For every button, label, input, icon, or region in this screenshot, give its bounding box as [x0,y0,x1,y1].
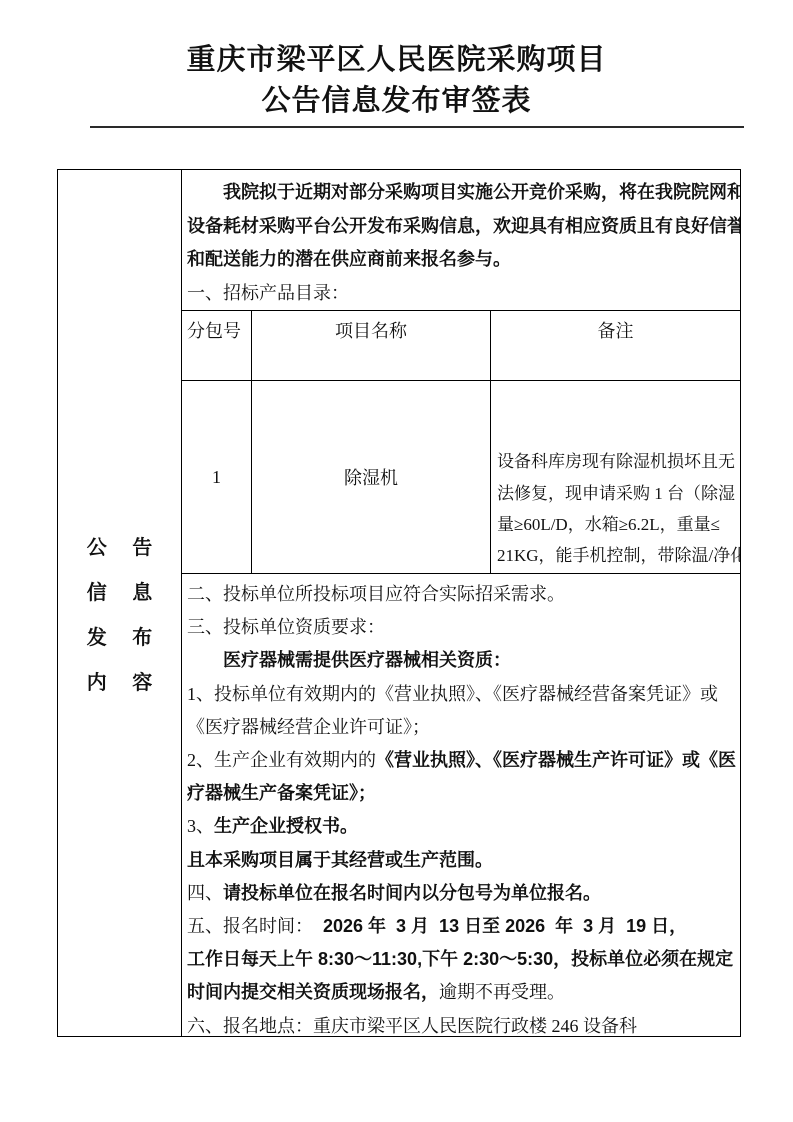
cell-project-name: 除湿机 [252,381,491,573]
approval-form-table: 公 告 信 息 发 布 内 容 我院拟于近期对部分采购项目实施公开竞价采购，将在… [57,169,741,1037]
term-item-3-1-line2: 《医疗器械经营企业许可证》； [182,711,740,744]
term-item-5-line2: 工作日每天上午 8:30～11:30,下午 2:30～5:30，投标单位必须在规… [182,943,740,976]
header-package-number: 分包号 [182,311,252,380]
document-title-line2: 公告信息发布审签表 [0,81,793,122]
term-5-line3-normal: 逾期不再受理。 [439,982,565,1002]
term-3-2-bold: 《营业执照》、《医疗器械生产许可证》或《医 [376,750,736,770]
term-3-3-prefix: 3、 [187,816,214,836]
term-5-line3-bold: 时间内提交相关资质现场报名， [187,982,439,1002]
document-title: 重庆市梁平区人民医院采购项目 公告信息发布审签表 [0,0,793,122]
cell-remark: 设备科库房现有除湿机损坏且无法修复，现申请采购 1 台（除湿量≥60L/D，水箱… [491,381,740,573]
term-item-3-3: 3、生产企业授权书。 [182,810,740,843]
term-item-3-2-line1: 2、生产企业有效期内的《营业执照》、《医疗器械生产许可证》或《医 [182,744,740,777]
term-item-3-subtitle: 医疗器械需提供医疗器械相关资质： [182,644,740,677]
row-header-line: 发 布 [87,616,163,661]
cell-package-number: 1 [182,381,252,573]
term-item-3-2-line2: 疗器械生产备案凭证》； [182,777,740,810]
title-underline [90,126,744,128]
document-title-line1: 重庆市梁平区人民医院采购项目 [0,40,793,81]
intro-paragraph: 我院拟于近期对部分采购项目实施公开竞价采购，将在我院院网和设备耗材采购平台公开发… [182,176,740,277]
row-header-announcement-content: 公 告 信 息 发 布 内 容 [58,170,182,1036]
row-header-line: 内 容 [87,661,163,706]
term-4-prefix: 四、 [187,883,223,903]
terms-section: 二、投标单位所投标项目应符合实际招采需求。 三、投标单位资质要求： 医疗器械需提… [182,578,740,1036]
registration-dates: 2026 年 3 月 13 日至 2026 年 3 月 19 日， [313,916,687,936]
term-item-6: 六、报名地点：重庆市梁平区人民医院行政楼 246 设备科 [182,1010,740,1036]
header-remark: 备注 [491,311,740,380]
announcement-content-cell: 我院拟于近期对部分采购项目实施公开竞价采购，将在我院院网和设备耗材采购平台公开发… [182,170,740,1036]
header-project-name: 项目名称 [252,311,491,380]
row-header-line: 信 息 [87,571,163,616]
term-item-4: 四、请投标单位在报名时间内以分包号为单位报名。 [182,877,740,910]
product-table-row: 1 除湿机 设备科库房现有除湿机损坏且无法修复，现申请采购 1 台（除湿量≥60… [182,381,740,573]
term-3-2-prefix: 2、生产企业有效期内的 [187,750,376,770]
term-5-prefix: 五、报名时间： [187,916,313,936]
term-4-bold: 请投标单位在报名时间内以分包号为单位报名。 [223,883,601,903]
product-table-header-row: 分包号 项目名称 备注 [182,311,740,381]
catalog-heading: 一、招标产品目录： [182,277,740,311]
term-item-5-line3: 时间内提交相关资质现场报名，逾期不再受理。 [182,976,740,1009]
product-catalog-table: 分包号 项目名称 备注 1 除湿机 设备科库房现有除湿机损坏且无法修复，现申请采… [182,310,740,574]
term-item-3-1-line1: 1、投标单位有效期内的《营业执照》、《医疗器械经营备案凭证》或 [182,678,740,711]
term-item-3: 三、投标单位资质要求： [182,611,740,644]
document-page: 重庆市梁平区人民医院采购项目 公告信息发布审签表 公 告 信 息 发 布 内 容… [0,0,793,1122]
remark-text: 设备科库房现有除湿机损坏且无法修复，现申请采购 1 台（除湿量≥60L/D，水箱… [497,446,736,573]
term-item-2: 二、投标单位所投标项目应符合实际招采需求。 [182,578,740,611]
row-header-line: 公 告 [87,526,163,571]
term-item-5-line1: 五、报名时间： 2026 年 3 月 13 日至 2026 年 3 月 19 日… [182,910,740,943]
term-scope-note: 且本采购项目属于其经营或生产范围。 [182,844,740,877]
term-3-3-bold: 生产企业授权书。 [214,816,358,836]
